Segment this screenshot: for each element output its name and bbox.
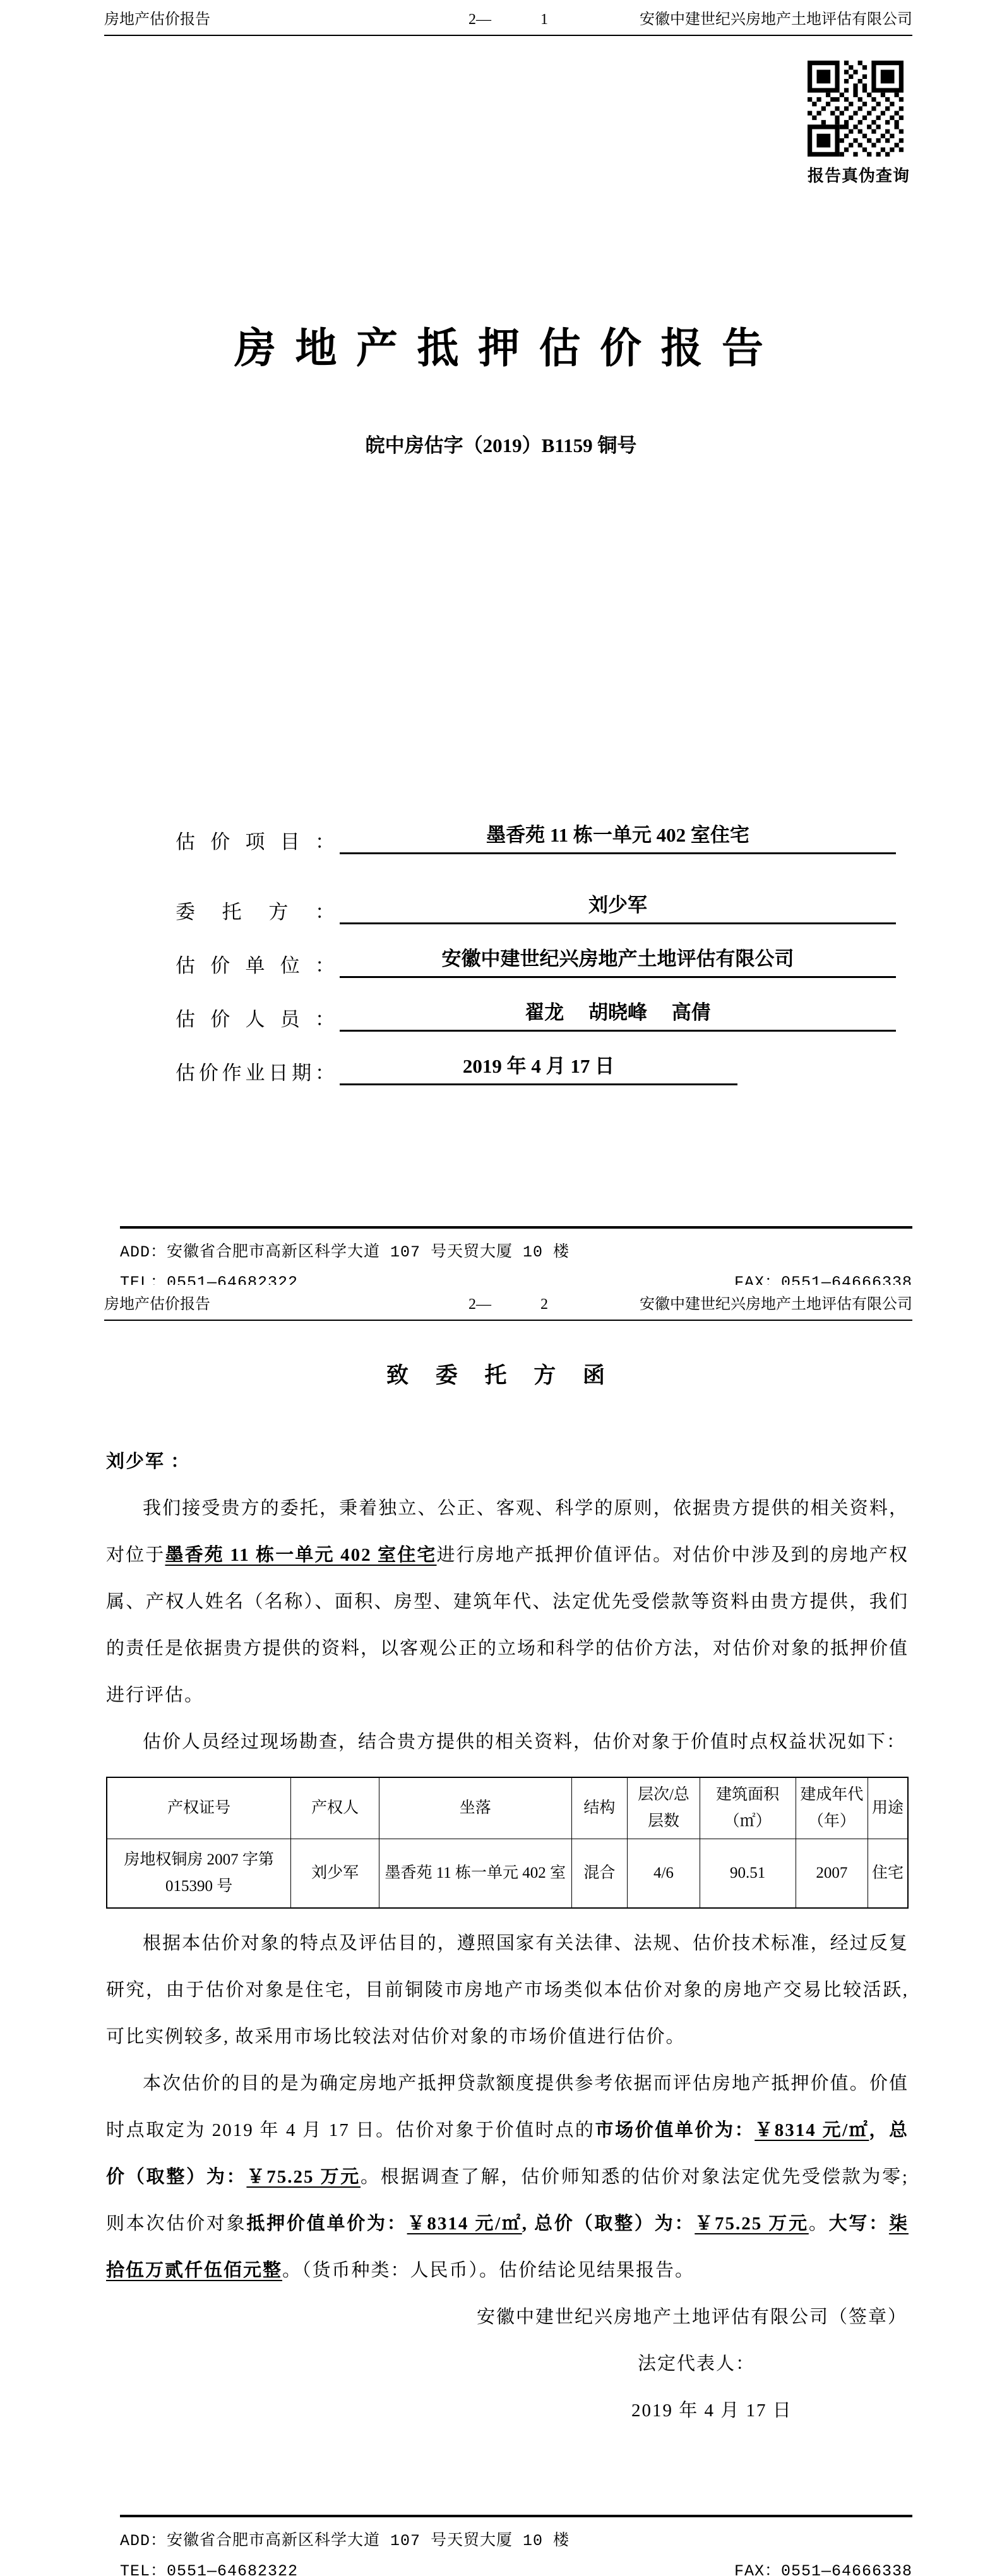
property-table-body: 房地权铜房 2007 字第015390 号 刘少军 墨香苑 11 栋一单元 40…: [107, 1839, 908, 1909]
table-row: 房地权铜房 2007 字第015390 号 刘少军 墨香苑 11 栋一单元 40…: [107, 1839, 908, 1909]
cell-area: 90.51: [700, 1839, 796, 1909]
property-table-head: 产权证号 产权人 坐落 结构 层次/总层数 建筑面积（㎡） 建成年代（年） 用途: [107, 1777, 908, 1839]
cell-floor: 4/6: [628, 1839, 700, 1909]
qr-code-icon: [808, 61, 904, 157]
header-page-num: 2: [540, 1296, 548, 1313]
header-page-prefix: 2—: [468, 11, 491, 28]
field-project: 估价项目： 墨香苑 11 栋一单元 402 室住宅: [176, 801, 896, 854]
field-date-label: 估价作业日期：: [176, 1057, 340, 1085]
footer-contact-row: TEL：0551—64682322 FAX：0551—64666338: [120, 1269, 912, 1285]
cell-cert-no: 房地权铜房 2007 字第015390 号: [107, 1839, 291, 1909]
letter-paragraph-3: 根据本估价对象的特点及评估目的，遵照国家有关法律、法规、估价技术标准，经过反复研…: [106, 1920, 909, 2060]
footer-address: ADD：安徽省合肥市高新区科学大道 107 号天贸大厦 10 楼: [120, 2527, 912, 2550]
cell-use: 住宅: [868, 1839, 908, 1909]
page-header: 房地产估价报告 2— 2 安徽中建世纪兴房地产土地评估有限公司: [104, 1291, 912, 1321]
letter-title: 致 委 托 方 函: [0, 1358, 1002, 1390]
field-agency: 估价单位： 安徽中建世纪兴房地产土地评估有限公司: [176, 924, 896, 978]
signature-legal-rep: 法定代表人：: [106, 2340, 909, 2387]
cell-year: 2007: [796, 1839, 868, 1909]
field-date: 估价作业日期： 2019 年 4 月 17 日: [176, 1032, 896, 1085]
page-1: 房地产估价报告 2— 1 安徽中建世纪兴房地产土地评估有限公司 报告真伪查询: [0, 0, 1002, 1285]
field-client: 委托方： 刘少军: [176, 871, 896, 924]
footer-tel: TEL：0551—64682322: [120, 1269, 298, 1285]
col-cert-no: 产权证号: [107, 1777, 291, 1839]
cell-owner: 刘少军: [291, 1839, 379, 1909]
table-header-row: 产权证号 产权人 坐落 结构 层次/总层数 建筑面积（㎡） 建成年代（年） 用途: [107, 1777, 908, 1839]
header-doc-type: 房地产估价报告: [104, 1291, 210, 1313]
footer-address: ADD：安徽省合肥市高新区科学大道 107 号天贸大厦 10 楼: [120, 1239, 912, 1261]
letter-paragraph-2: 估价人员经过现场勘查，结合贵方提供的相关资料，估价对象于价值时点权益状况如下：: [106, 1719, 909, 1765]
page-2: 房地产估价报告 2— 2 安徽中建世纪兴房地产土地评估有限公司 致 委 托 方 …: [0, 1285, 1002, 2576]
field-project-label: 估价项目：: [176, 826, 340, 854]
footer-tel: TEL：0551—64682322: [120, 2558, 298, 2576]
header-page-num: 1: [540, 11, 548, 28]
property-table: 产权证号 产权人 坐落 结构 层次/总层数 建筑面积（㎡） 建成年代（年） 用途…: [106, 1777, 909, 1909]
signature-company: 安徽中建世纪兴房地产土地评估有限公司（签章）: [106, 2294, 909, 2340]
field-client-label: 委托方：: [176, 896, 340, 924]
col-use: 用途: [868, 1777, 908, 1839]
footer-fax: FAX：0551—64666338: [734, 2558, 912, 2576]
footer-contact-row: TEL：0551—64682322 FAX：0551—64666338: [120, 2558, 912, 2576]
report-title: 房 地 产 抵 押 估 价 报 告: [0, 314, 1002, 374]
qr-block: 报告真伪查询: [808, 61, 914, 186]
letter-paragraph-1: 我们接受贵方的委托，秉着独立、公正、客观、科学的原则，依据贵方提供的相关资料，对…: [106, 1485, 909, 1719]
header-doc-type: 房地产估价报告: [104, 6, 210, 28]
header-company: 安徽中建世纪兴房地产土地评估有限公司: [640, 1291, 912, 1313]
field-client-value: 刘少军: [340, 889, 896, 924]
col-location: 坐落: [379, 1777, 571, 1839]
field-agency-label: 估价单位：: [176, 950, 340, 978]
field-appraisers-value: 翟龙 胡晓峰 高倩: [340, 996, 896, 1032]
page-footer: ADD：安徽省合肥市高新区科学大道 107 号天贸大厦 10 楼 TEL：055…: [120, 1226, 912, 1285]
field-date-value: 2019 年 4 月 17 日: [340, 1050, 737, 1085]
col-area: 建筑面积（㎡）: [700, 1777, 796, 1839]
footer-fax: FAX：0551—64666338: [734, 1269, 912, 1285]
header-page-prefix: 2—: [468, 1296, 491, 1313]
header-page-number: 2— 1: [468, 11, 548, 28]
qr-label: 报告真伪查询: [808, 163, 914, 186]
letter-body: 刘少军 ： 我们接受贵方的委托，秉着独立、公正、客观、科学的原则，依据贵方提供的…: [106, 1438, 909, 2434]
signature-date: 2019 年 4 月 17 日: [106, 2387, 909, 2434]
col-owner: 产权人: [291, 1777, 379, 1839]
header-company: 安徽中建世纪兴房地产土地评估有限公司: [640, 6, 912, 28]
col-floor: 层次/总层数: [628, 1777, 700, 1839]
header-page-number: 2— 2: [468, 1296, 548, 1313]
page-footer: ADD：安徽省合肥市高新区科学大道 107 号天贸大厦 10 楼 TEL：055…: [120, 2515, 912, 2576]
page-header: 房地产估价报告 2— 1 安徽中建世纪兴房地产土地评估有限公司: [104, 6, 912, 36]
field-project-value: 墨香苑 11 栋一单元 402 室住宅: [340, 819, 896, 854]
col-year: 建成年代（年）: [796, 1777, 868, 1839]
field-agency-value: 安徽中建世纪兴房地产土地评估有限公司: [340, 943, 896, 978]
cell-structure: 混合: [571, 1839, 628, 1909]
letter-salutation: 刘少军 ：: [106, 1438, 909, 1485]
field-appraisers: 估价人员： 翟龙 胡晓峰 高倩: [176, 978, 896, 1032]
col-structure: 结构: [571, 1777, 628, 1839]
document: 房地产估价报告 2— 1 安徽中建世纪兴房地产土地评估有限公司 报告真伪查询: [0, 0, 1002, 2576]
cover-fields: 估价项目： 墨香苑 11 栋一单元 402 室住宅 委托方： 刘少军 估价单位：…: [176, 801, 896, 1085]
report-number: 皖中房估字（2019）B1159 铜号: [0, 429, 1002, 458]
cell-location: 墨香苑 11 栋一单元 402 室: [379, 1839, 571, 1909]
letter-paragraph-4: 本次估价的目的是为确定房地产抵押贷款额度提供参考依据而评估房地产抵押价值。价值时…: [106, 2060, 909, 2294]
field-appraisers-label: 估价人员：: [176, 1003, 340, 1032]
